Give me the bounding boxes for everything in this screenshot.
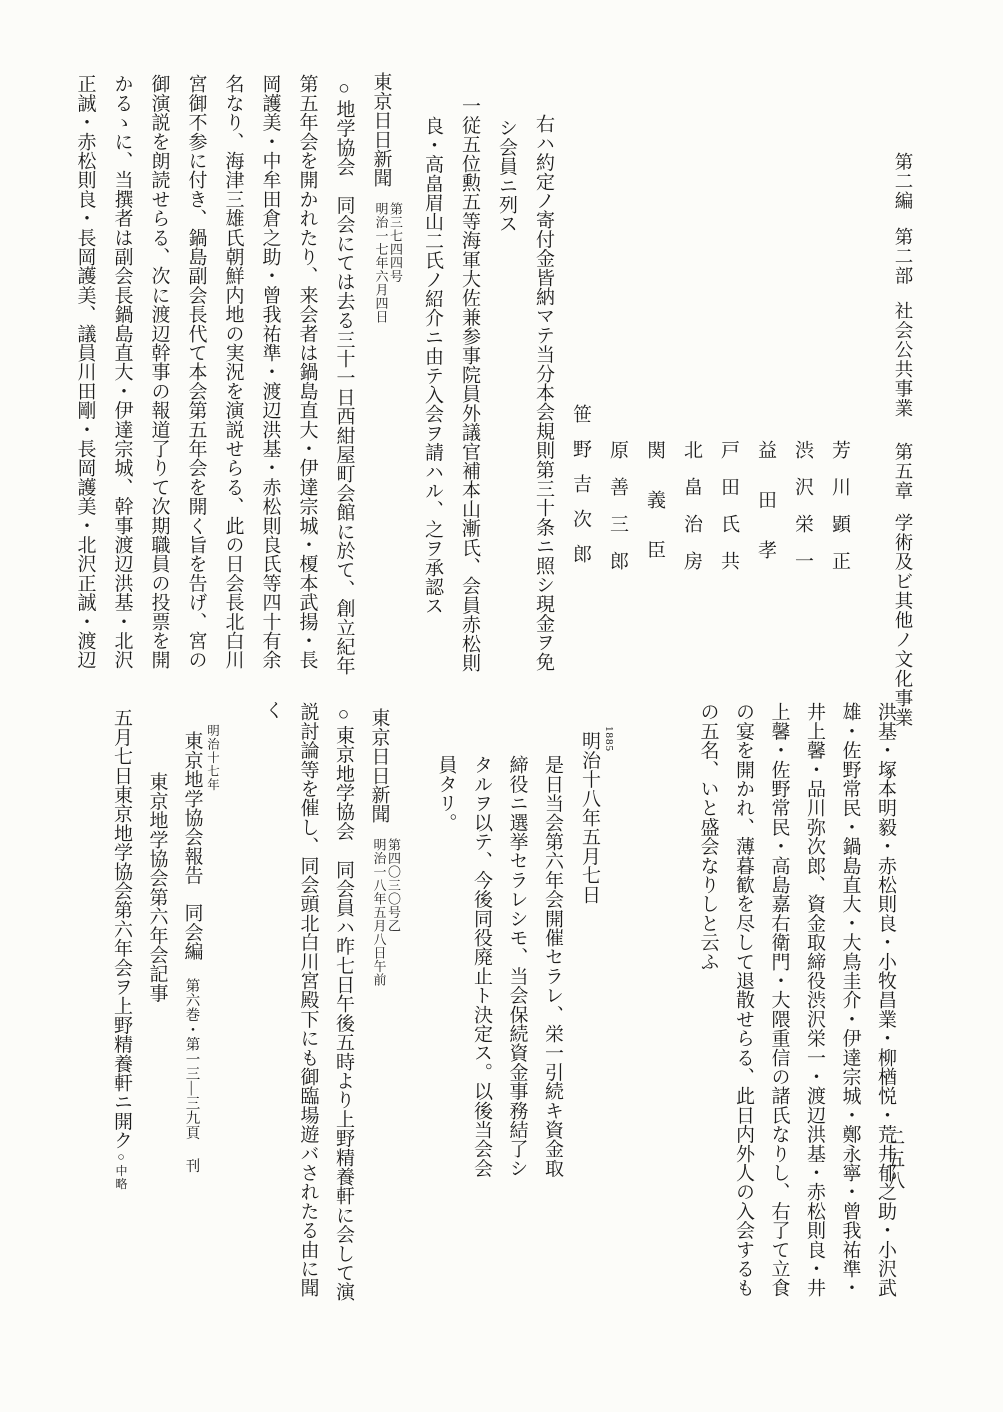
continuation-line: 上馨・佐野常民・高島嘉右衛門・大隈重信の諸氏なりし、右了て立食 (761, 700, 797, 1340)
continuation-line: 井上馨・品川弥次郎、資金取締役渋沢栄一・渡辺洪基・赤松則良・井 (797, 700, 833, 1340)
running-head-part: 社会公共事業 (892, 301, 912, 418)
paragraph-line: シ会員ニ列ス (488, 72, 525, 712)
newspaper-title-line: 東京日日新聞第四〇三〇号乙明治一八年五月八日午前 (361, 700, 400, 1340)
source-editor: 同会編 (182, 903, 203, 961)
paragraph-line: 締役ニ選挙セラレシモ、当会保続資金事務結了シ (499, 700, 535, 1340)
member-name: 芳川顕正 (821, 72, 858, 712)
continuation-line: 洪基・塚本明毅・赤松則良・小牧昌業・柳楢悦・荒井郁之助・小沢武 (868, 700, 904, 1340)
era-year-note: 明治十七年 (205, 700, 221, 1340)
paragraph-line: 是日当会第六年会開催セラレ、栄一引続キ資金取 (535, 700, 571, 1340)
top-text-block: 芳川顕正 渋沢栄一 益田孝 戸田氏共 北畠治房 関義臣 原善三郎 笹野吉次郎 右… (67, 72, 859, 712)
newspaper-citation: 第三七四四号明治一七年六月四日 (373, 202, 402, 324)
article-line: 宮御不参に付き、鍋島副会長代て本会第五年会を開く旨を告げ、宮の (178, 72, 215, 712)
scanned-book-page: 第二編第二部社会公共事業第五章学術及ビ其他ノ文化事業 二五八 芳川顕正 渋沢栄一… (0, 0, 1003, 1412)
source-title: 東京地学協会報告 (182, 731, 203, 885)
article-line: 岡護美・中牟田倉之助・曾我祐準・渡辺洪基・赤松則良氏等四十有余 (252, 72, 289, 712)
article-line: 名なり、海津三雄氏朝鮮内地の実況を演説せらる、此の日会長北白川 (215, 72, 252, 712)
newspaper-title: 東京日日新聞 (371, 72, 392, 187)
record-line: 五月七日東京地学協会第六年会ヲ上野精養軒ニ開ク○中略 (103, 700, 140, 1340)
newspaper-citation: 第四〇三〇号乙明治一八年五月八日午前 (371, 838, 400, 987)
section-date-heading: 明治十八年五月七日 (578, 700, 601, 1340)
paragraph-line: 一従五位勲五等海軍大佐兼参事院員外議官補本山漸氏、会員赤松則 (451, 72, 488, 712)
article-line: く (255, 700, 291, 1340)
member-name: 原善三郎 (599, 72, 636, 712)
running-head-part: 学術及ビ其他ノ文化事業 (892, 513, 912, 728)
continuation-line: の宴を開かれ、薄暮歓を尽して退散せらる、此日内外人の入会するも (726, 700, 762, 1340)
member-name: 益田孝 (747, 72, 784, 712)
bottom-text-block: 洪基・塚本明毅・赤松則良・小牧昌業・柳楢悦・荒井郁之助・小沢武 雄・佐野常民・鍋… (103, 700, 904, 1340)
paragraph-line: 右ハ約定ノ寄付金皆納マテ当分本会規則第三十条ニ照シ現金ヲ免 (525, 72, 562, 712)
article-line: 正誠・赤松則良・長岡護美、議員川田剛・長岡護美・北沢正誠・渡辺 (67, 72, 104, 712)
member-name: 渋沢栄一 (784, 72, 821, 712)
newspaper-date: 明治一七年六月四日 (373, 202, 388, 324)
paragraph-line: 良・高畠眉山二氏ノ紹介ニ由テ入会ヲ請ハル、之ヲ承認ス (414, 72, 451, 712)
paragraph-line: タルヲ以テ、今後同役廃止ト決定ス。以後当会会 (464, 700, 500, 1340)
article-line: 説討論等を催し、同会頭北白川宮殿下にも御臨場遊バされたる由に聞 (290, 700, 326, 1340)
newspaper-title: 東京日日新聞 (369, 708, 390, 823)
member-name: 関義臣 (636, 72, 673, 712)
running-head-part: 第二部 (892, 227, 912, 286)
newspaper-issue: 第四〇三〇号乙 (386, 838, 401, 987)
continuation-line: の五名、いと盛会なりしと云ふ (690, 700, 726, 1340)
paragraph-line: 員タリ。 (428, 700, 464, 1340)
running-head-part: 第二編 (892, 152, 912, 211)
article-line: 御演説を朗読せらる、次に渡辺幹事の報道了りて次期職員の投票を開 (141, 72, 178, 712)
newspaper-date: 明治一八年五月八日午前 (371, 838, 386, 987)
source-published: 刊 (184, 1158, 200, 1173)
record-text: 五月七日東京地学協会第六年会ヲ上野精養軒ニ開ク (111, 708, 132, 1150)
omission-note: ○中略 (114, 1150, 128, 1191)
member-name: 北畠治房 (673, 72, 710, 712)
running-head-part: 第五章 (892, 442, 912, 501)
newspaper-title-line: 東京日日新聞第三七四四号明治一七年六月四日 (363, 72, 403, 712)
newspaper-issue: 第三七四四号 (388, 202, 403, 324)
continuation-line: 雄・佐野常民・鍋島直大・大鳥圭介・伊達宗城・鄭永寧・曾我祐準・ (832, 700, 868, 1340)
article-line: かるゝに、当撰者は副会長鍋島直大・伊達宗城、幹事渡辺洪基・北沢 (104, 72, 141, 712)
record-heading: 東京地学協会第六年会記事 (139, 700, 175, 1340)
article-line: ○東京地学協会 同会員ハ昨七日午後五時より上野精養軒に会して演 (326, 700, 362, 1340)
running-head: 第二編第二部社会公共事業第五章学術及ビ其他ノ文化事業 (887, 152, 917, 792)
source-volume: 第六巻・第一三―三九頁 (184, 978, 200, 1140)
member-name: 戸田氏共 (710, 72, 747, 712)
member-name: 笹野吉次郎 (562, 72, 599, 712)
western-year-note: 1885 (601, 700, 616, 1340)
article-line: ○地学協会 同会にては去る三十一日西紺屋町会館に於て、創立紀年 (326, 72, 363, 712)
source-citation-line: 東京地学協会報告同会編第六巻・第一三―三九頁刊 (179, 700, 205, 1340)
article-line: 第五年会を開かれたり、来会者は鍋島直大・伊達宗城・榎本武揚・長 (289, 72, 326, 712)
